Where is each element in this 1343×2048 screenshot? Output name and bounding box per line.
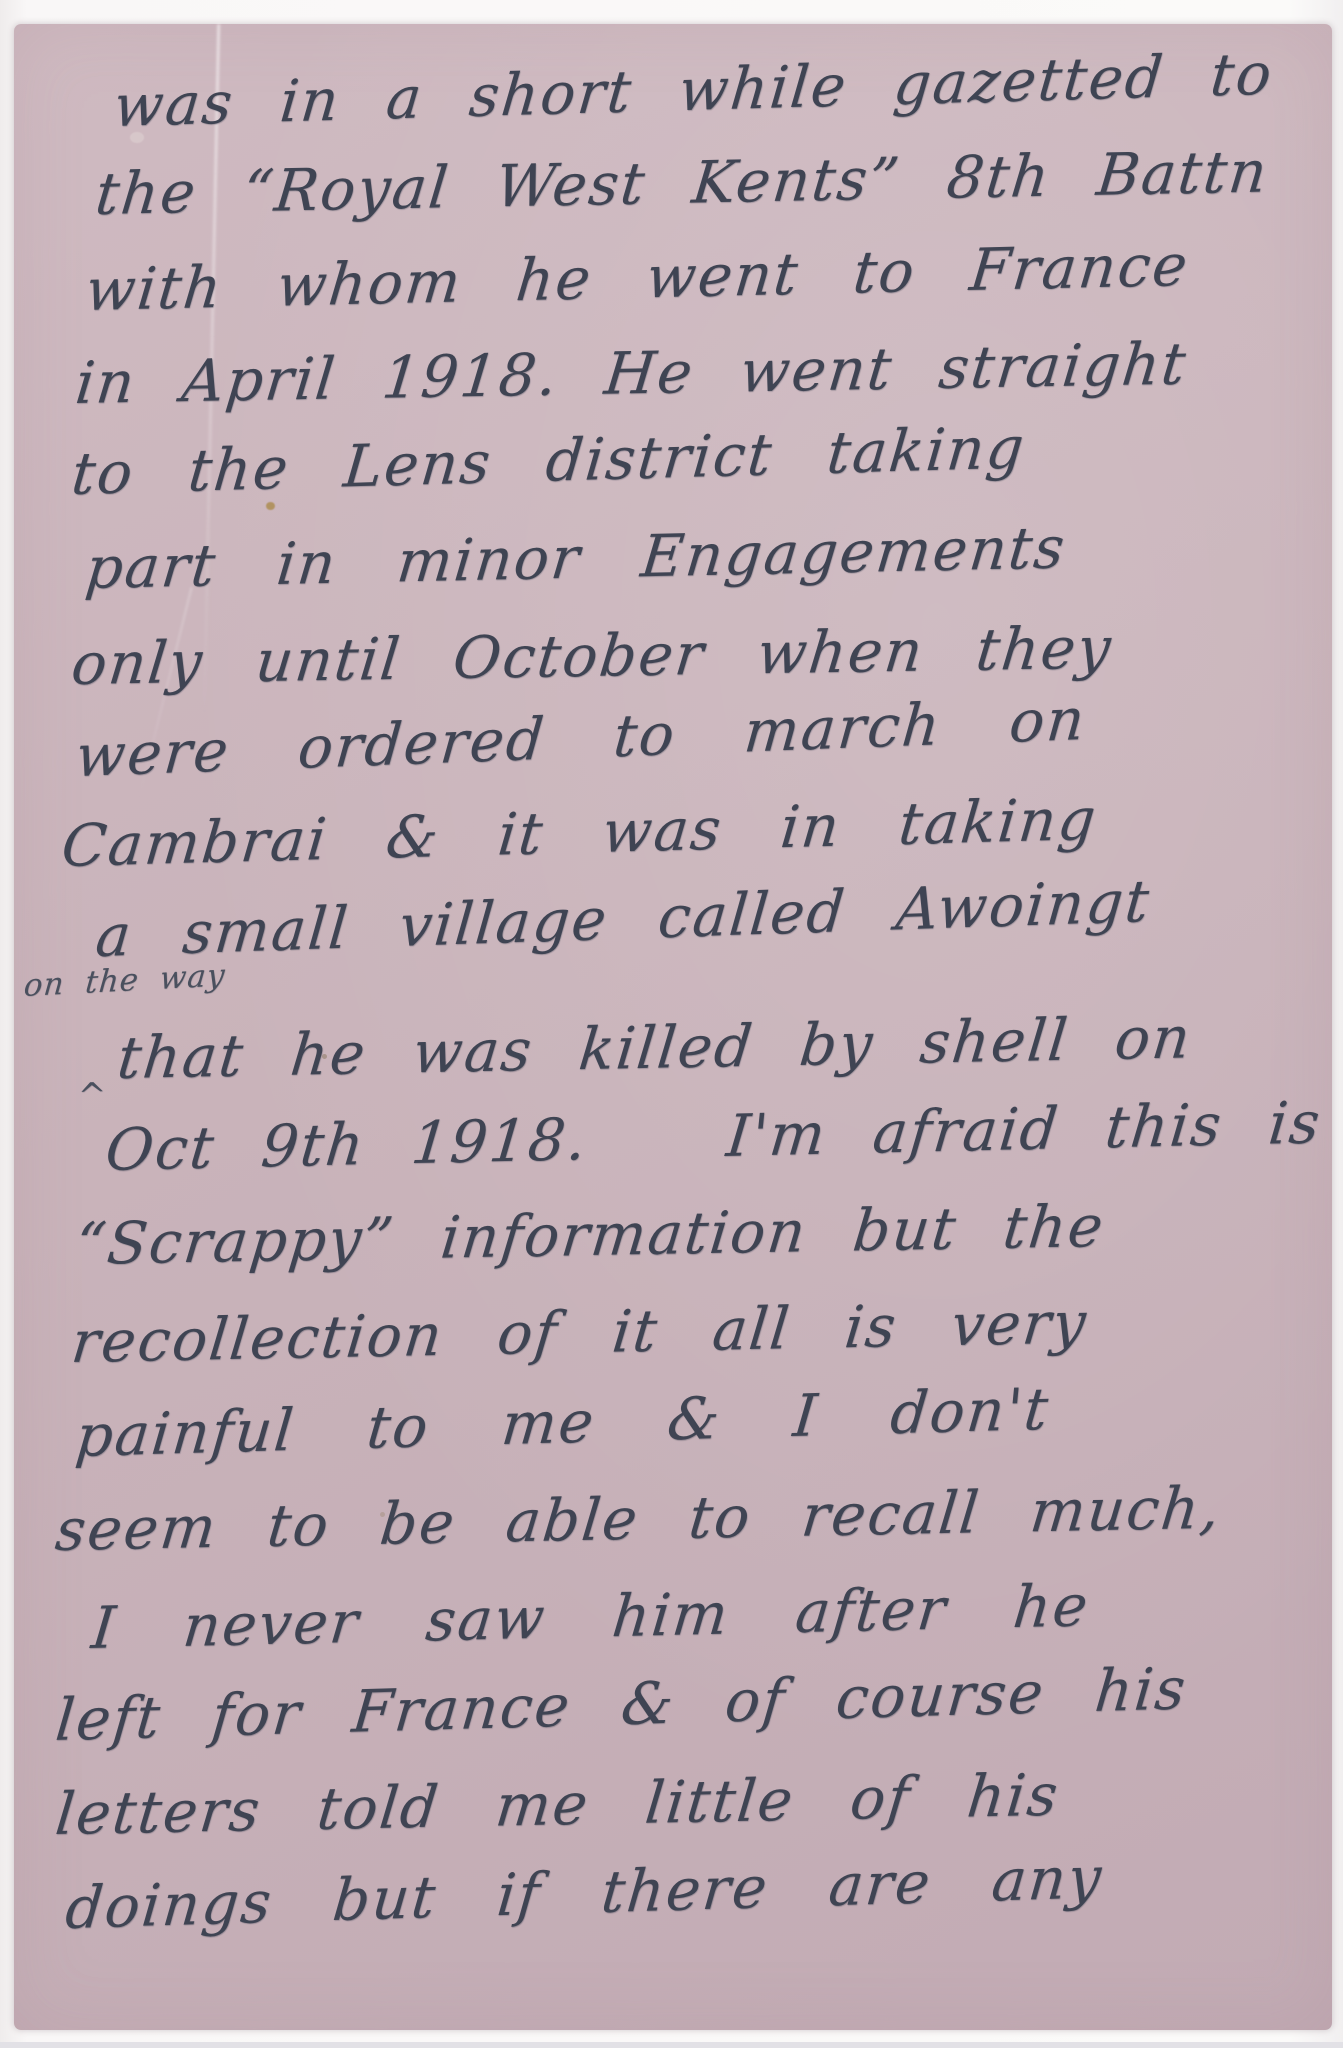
letter-paper: was in a short while gazetted to the “Ro… — [14, 24, 1332, 2030]
handwritten-line: doings but if there are any — [63, 1843, 1106, 1942]
handwritten-line: to the Lens district taking — [69, 413, 1029, 508]
handwritten-line: the “Royal West Kents” 8th Battn — [92, 137, 1271, 228]
handwritten-line: in April 1918. He went straight — [72, 330, 1190, 418]
handwritten-line: a small village called Awoingt — [93, 867, 1154, 970]
handwritten-line: were ordered to march on — [73, 685, 1089, 790]
handwritten-line: left for France & of course his — [53, 1654, 1190, 1754]
handwritten-line: was in a short while gazetted to — [111, 40, 1276, 141]
scan-edge-strip — [0, 2042, 1343, 2048]
handwritten-line: I never saw him after he — [89, 1571, 1093, 1662]
handwritten-line: letters told me little of his — [52, 1761, 1062, 1848]
handwritten-line: seem to be able to recall much, — [52, 1474, 1224, 1565]
handwritten-line: that he was killed by shell on — [114, 1003, 1195, 1092]
scan-background: was in a short while gazetted to the “Ro… — [0, 0, 1343, 2048]
handwritten-line: only until October when they — [68, 614, 1115, 698]
handwritten-line: painful to me & I don't — [73, 1375, 1053, 1470]
handwritten-line: recollection of it all is very — [68, 1288, 1090, 1376]
marginal-insertion: on the way — [22, 957, 227, 1004]
handwritten-line: part in minor Engagements — [83, 513, 1070, 602]
handwritten-line: “Scrappy” information but the — [72, 1192, 1108, 1278]
handwritten-line: Oct 9th 1918. I'm afraid this is — [103, 1088, 1325, 1184]
handwritten-line: with whom he went to France — [83, 231, 1193, 324]
foxing-spot — [266, 502, 275, 510]
handwritten-line: Cambrai & it was in taking — [59, 785, 1101, 880]
insertion-caret: ^ — [77, 1076, 107, 1117]
